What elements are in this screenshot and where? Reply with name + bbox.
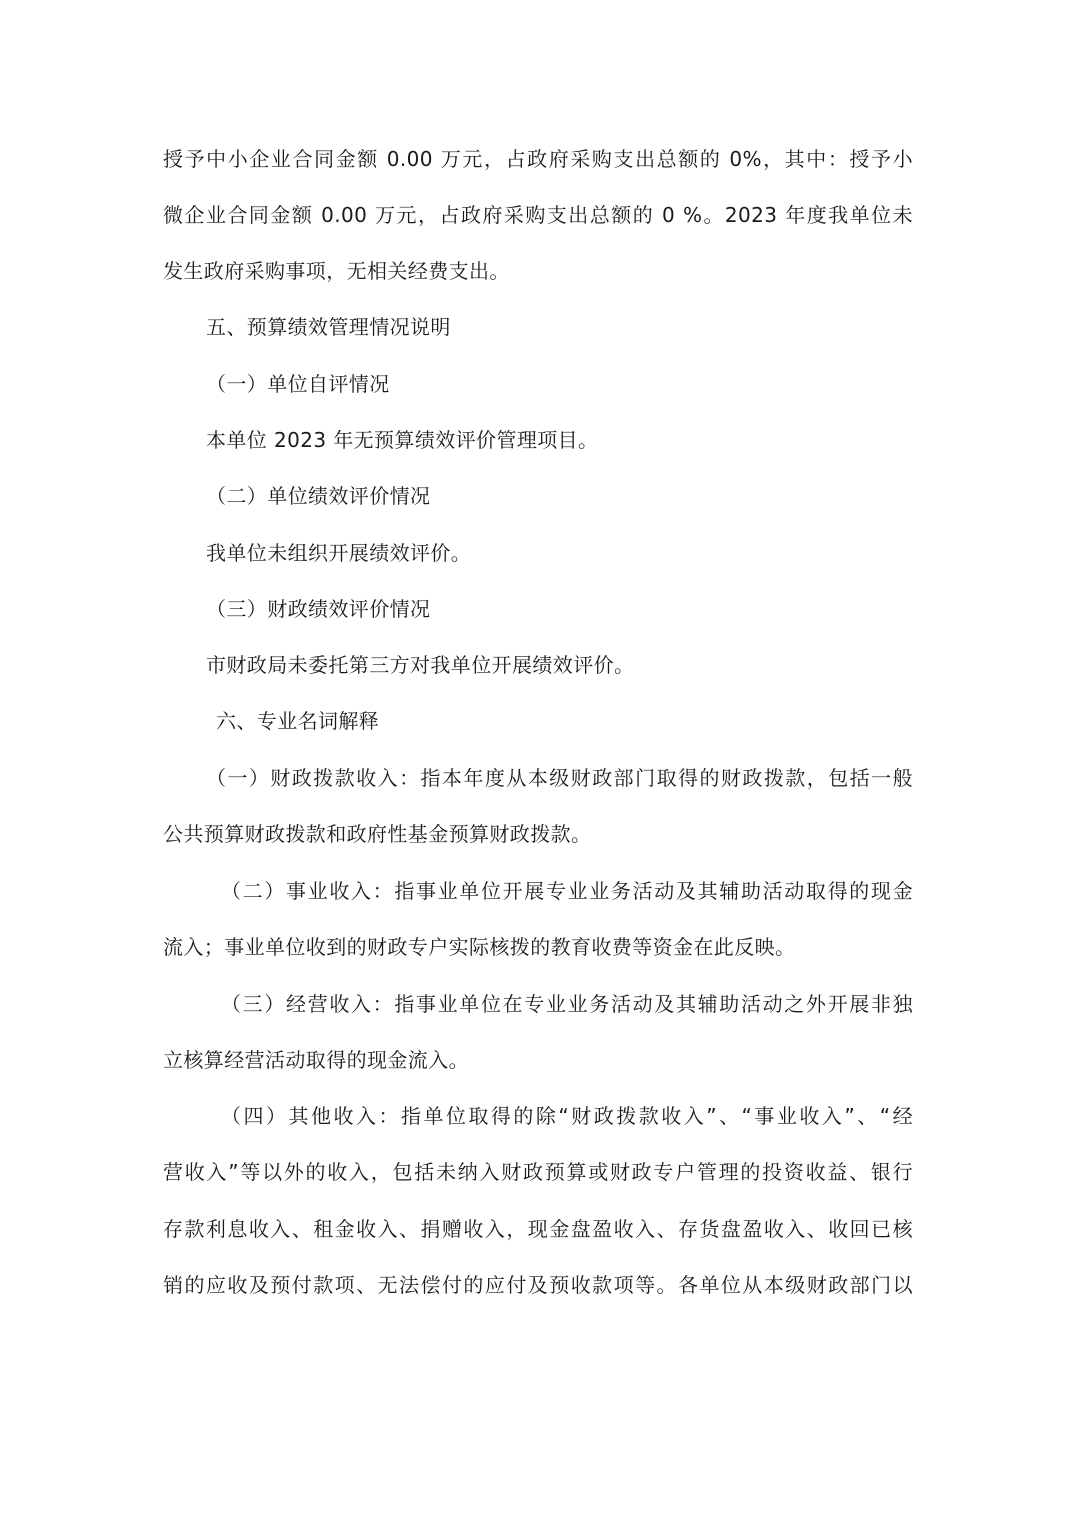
subsection-heading-unit-evaluation: （二）单位绩效评价情况 [206, 482, 430, 510]
text-line: 立核算经营活动取得的现金流入。 [163, 1046, 469, 1074]
text-line: 流入；事业单位收到的财政专户实际核拨的教育收费等资金在此反映。 [163, 933, 795, 961]
text-line: 营收入”等以外的收入，包括未纳入财政预算或财政专户管理的投资收益、银行 [163, 1158, 913, 1186]
paragraph-self-evaluation: 本单位 2023 年无预算绩效评价管理项目。 [206, 426, 598, 454]
text-line: （四）其他收入：指单位取得的除“财政拨款收入”、“事业收入”、“经 [221, 1102, 913, 1130]
text-line: 微企业合同金额 0.00 万元，占政府采购支出总额的 0 %。2023 年度我单… [163, 201, 913, 229]
text-line: 发生政府采购事项，无相关经费支出。 [163, 257, 510, 285]
text-line: 授予中小企业合同金额 0.00 万元，占政府采购支出总额的 0%，其中：授予小 [163, 145, 913, 173]
document-page: 授予中小企业合同金额 0.00 万元，占政府采购支出总额的 0%，其中：授予小 … [0, 0, 1074, 1520]
text-line: 公共预算财政拨款和政府性基金预算财政拨款。 [163, 820, 591, 848]
subsection-heading-finance-evaluation: （三）财政绩效评价情况 [206, 595, 430, 623]
paragraph-unit-evaluation: 我单位未组织开展绩效评价。 [206, 539, 471, 567]
text-line: 销的应收及预付款项、无法偿付的应付及预收款项等。各单位从本级财政部门以 [163, 1271, 913, 1299]
text-line: 存款利息收入、租金收入、捐赠收入，现金盘盈收入、存货盘盈收入、收回已核 [163, 1215, 913, 1243]
section-heading-terminology: 六、专业名词解释 [216, 707, 379, 735]
paragraph-finance-evaluation: 市财政局未委托第三方对我单位开展绩效评价。 [206, 651, 634, 679]
text-line: （一）财政拨款收入：指本年度从本级财政部门取得的财政拨款，包括一般 [206, 764, 913, 792]
text-line: （二）事业收入：指事业单位开展专业业务活动及其辅助活动取得的现金 [221, 877, 913, 905]
subsection-heading-self-evaluation: （一）单位自评情况 [206, 370, 390, 398]
text-line: （三）经营收入：指事业单位在专业业务活动及其辅助活动之外开展非独 [221, 990, 913, 1018]
section-heading-budget-performance: 五、预算绩效管理情况说明 [206, 313, 451, 341]
